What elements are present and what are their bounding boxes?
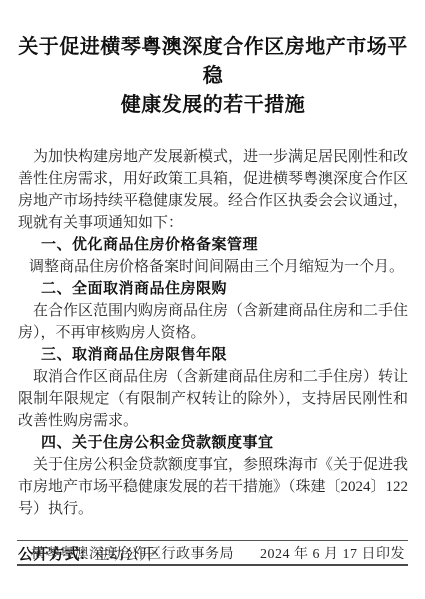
footer-row: 横琴粤澳深度合作区行政事务局 2024 年 6 月 17 日印发 [17,541,408,564]
document-title: 关于促进横琴粤澳深度合作区房地产市场平稳 健康发展的若干措施 [18,33,408,120]
section-1-paragraph: 调整商品住房价格备案时间间隔由三个月缩短为一个月。 [18,256,408,278]
document-body: 为加快构建房地产发展新模式，进一步满足居民刚性和改善性住房需求，用好政策工具箱，… [18,146,408,566]
section-3-heading: 三、取消商品住房限售年限 [18,344,408,366]
issuing-office: 横琴粤澳深度合作区行政事务局 [31,543,234,563]
document-page: 关于促进横琴粤澳深度合作区房地产市场平稳 健康发展的若干措施 为加快构建房地产发… [0,0,425,599]
document-title-line-2: 健康发展的若干措施 [18,91,408,120]
print-date: 2024 年 6 月 17 日印发 [260,543,405,563]
intro-paragraph: 为加快构建房地产发展新模式，进一步满足居民刚性和改善性住房需求，用好政策工具箱，… [18,146,408,234]
document-title-line-1: 关于促进横琴粤澳深度合作区房地产市场平稳 [18,33,408,91]
imprint-footer: 横琴粤澳深度合作区行政事务局 2024 年 6 月 17 日印发 [17,540,408,566]
section-4-heading: 四、关于住房公积金贷款额度事宜 [18,432,408,454]
footer-rule-bottom [17,564,408,566]
section-3-paragraph: 取消合作区商品住房（含新建商品住房和二手住房）转让限制年限规定（有限制产权转让的… [18,366,408,432]
section-1-heading: 一、优化商品住房价格备案管理 [18,234,408,256]
section-2-paragraph: 在合作区范围内购房商品住房（含新建商品住房和二手住房），不再审核购房人资格。 [18,300,408,344]
section-2-heading: 二、全面取消商品住房限购 [18,278,408,300]
section-4-paragraph: 关于住房公积金贷款额度事宜，参照珠海市《关于促进我市房地产市场平稳健康发展的若干… [18,454,408,520]
